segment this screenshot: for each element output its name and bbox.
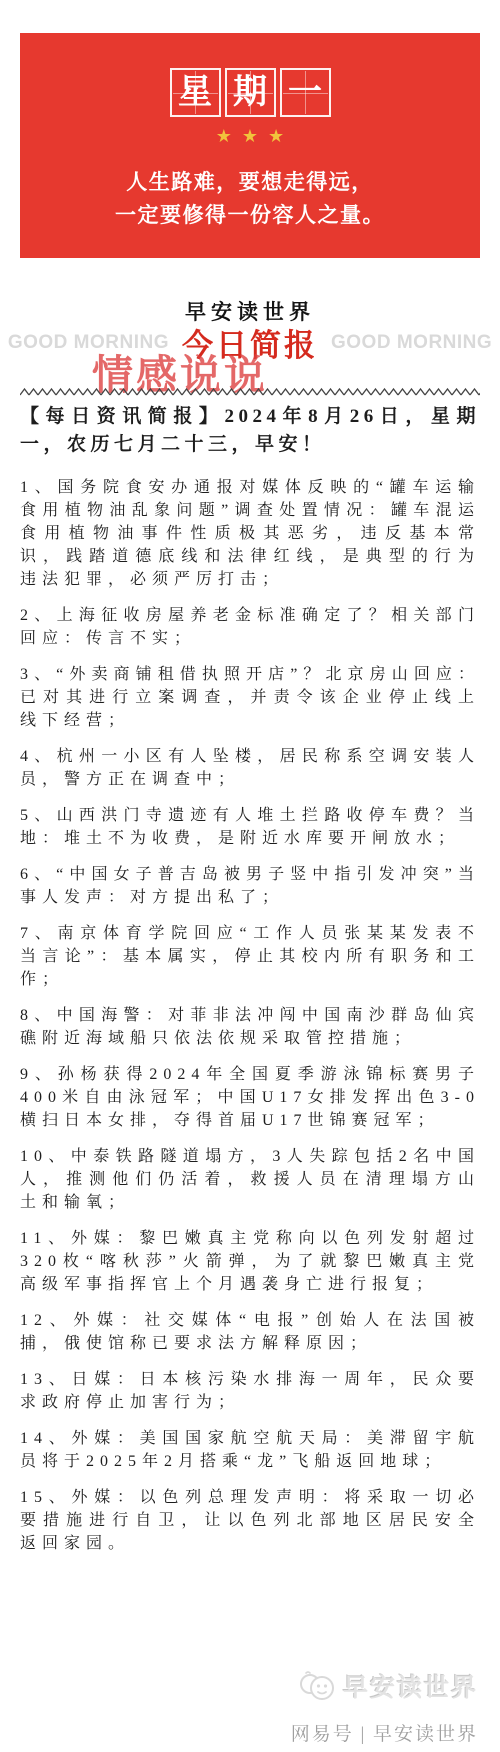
daily-quote-line-1: 人生路难，要想走得远， [20,166,480,199]
footer-source: 网易号 | 早安读世界 [291,1719,478,1746]
weekday-char: 一 [288,76,322,110]
news-item-6: 6、“中国女子普吉岛被男子竖中指引发冲突”当事人发声：对方提出私了； [20,863,480,909]
character-grid-box: 一 [280,68,331,117]
news-item-12: 12、外媒：社交媒体“电报”创始人在法国被捕，俄使馆称已要求法方解释原因； [20,1309,480,1355]
briefing-page: { "card": { "bg_color": "#e6392f", "week… [0,0,500,1752]
news-item-3: 3、“外卖商铺租借执照开店”？北京房山回应：已对其进行立案调查，并责令该企业停止… [20,663,480,732]
weekday-grid-row: 星 期 一 [20,33,480,117]
weekday-char: 期 [233,76,267,110]
news-item-14: 14、外媒：美国国家航空航天局：美滞留宇航员将于2025年2月搭乘“龙”飞船返回… [20,1427,480,1473]
news-item-2: 2、上海征收房屋养老金标准确定了？相关部门回应：传言不实； [20,604,480,650]
zigzag-divider [20,386,480,398]
news-item-4: 4、杭州一小区有人坠楼，居民称系空调安装人员，警方正在调查中； [20,745,480,791]
news-item-13: 13、日媒：日本核污染水排海一周年，民众要求政府停止加害行为； [20,1368,480,1414]
briefing-content: 【每日资讯简报】2024年8月26日，星期一，农历七月二十三，早安！ 1、国务院… [20,403,480,1568]
good-morning-right-label: GOOD MORNING [331,332,492,354]
news-item-15: 15、外媒：以色列总理发声明：将采取一切必要措施进行自卫，让以色列北部地区居民安… [20,1486,480,1555]
news-item-7: 7、南京体育学院回应“工作人员张某某发表不当言论”：基本属实，停止其校内所有职务… [20,922,480,991]
news-item-1: 1、国务院食安办通报对媒体反映的“罐车运输食用植物油乱象问题”调查处置情况：罐车… [20,476,480,591]
news-item-5: 5、山西洪门寺遗迹有人堆土拦路收停车费？当地：堆土不为收费，是附近水库要开闸放水… [20,804,480,850]
daily-quote-line-2: 一定要修得一份容人之量。 [20,199,480,232]
weekday-card: 星 期 一 ★★★ 人生路难，要想走得远， 一定要修得一份容人之量。 [20,33,480,258]
footer-logo: 早安读世界 [298,1668,478,1704]
sun-face-icon [298,1669,336,1703]
date-heading: 【每日资讯简报】2024年8月26日，星期一，农历七月二十三，早安！ [20,403,480,459]
news-item-11: 11、外媒：黎巴嫩真主党称向以色列发射超过320枚“喀秋莎”火箭弹，为了就黎巴嫩… [20,1227,480,1296]
news-item-9: 9、孙杨获得2024年全国夏季游泳锦标赛男子400米自由泳冠军；中国U17女排发… [20,1063,480,1132]
footer-logo-text: 早安读世界 [343,1668,478,1704]
stars-icon: ★★★ [20,126,480,147]
news-item-8: 8、中国海警：对菲非法冲闯中国南沙群岛仙宾礁附近海域船只依法依规采取管控措施； [20,1004,480,1050]
daily-quote: 人生路难，要想走得远， 一定要修得一份容人之量。 [20,166,480,232]
character-grid-box: 期 [225,68,276,117]
character-grid-box: 星 [170,68,221,117]
weekday-char: 星 [178,76,212,110]
news-item-10: 10、中泰铁路隧道塌方，3人失踪包括2名中国人，推测他们仍活着，救援人员在清理塌… [20,1145,480,1214]
